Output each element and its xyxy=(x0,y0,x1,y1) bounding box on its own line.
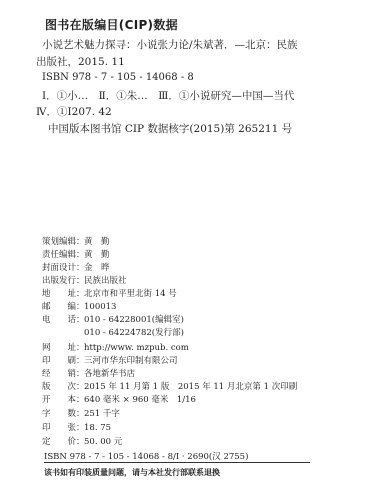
credit-value: http://www. mzpub. com xyxy=(84,342,189,355)
credit-value: 50. 00 元 xyxy=(84,436,122,449)
cip-approval-number: 中国版本图书馆 CIP 数据核字(2015)第 265211 号 xyxy=(48,122,292,136)
cip-bibliographic-line-2: 出版社，2015. 11 xyxy=(36,55,125,69)
credit-value: 金 晔 xyxy=(84,262,110,275)
cip-isbn: ISBN 978 - 7 - 105 - 14068 - 8 xyxy=(42,71,194,85)
credit-value: 黄 勤 xyxy=(84,236,110,249)
cip-classification-line-2: Ⅳ．①I207. 42 xyxy=(36,105,112,119)
credit-value: 2015 年 11 月第 1 版 2015 年 11 月北京第 1 次印刷 xyxy=(84,381,297,394)
credit-row: 版 次：2015 年 11 月第 1 版 2015 年 11 月北京第 1 次印… xyxy=(42,381,297,394)
credit-row: 字 数：251 千字 xyxy=(42,408,120,421)
credit-label: 印 刷： xyxy=(42,355,84,368)
quality-notice: 该书如有印装质量问题，请与本社发行部联系退换 xyxy=(44,467,220,478)
credit-row: 电 话：010 - 64228001(编辑室) xyxy=(42,314,184,327)
credit-label: 网 址： xyxy=(42,342,84,355)
credit-row: 地 址：北京市和平里北街 14 号 xyxy=(42,288,177,301)
credit-row: 印 刷：三河市华东印制有限公司 xyxy=(42,355,178,368)
credit-value: 民族出版社 xyxy=(84,275,127,288)
cip-title: 图书在版编目(CIP)数据 xyxy=(45,16,178,33)
credit-row: 出版发行：民族出版社 xyxy=(42,275,127,288)
credit-label: 版 次： xyxy=(42,381,84,394)
credit-value: 黄 勤 xyxy=(84,249,110,262)
credit-row: 经 销：各地新华书店 xyxy=(42,368,135,381)
credit-value: 100013 xyxy=(84,301,116,314)
credit-label: 地 址： xyxy=(42,288,84,301)
credit-label: 策划编辑： xyxy=(42,236,84,249)
credit-value: 010 - 64224782(发行部) xyxy=(84,327,184,340)
credit-label: 印 张： xyxy=(42,422,84,435)
credit-label: 定 价： xyxy=(42,436,84,449)
credit-label: 邮 编： xyxy=(42,301,84,314)
credit-label: 封面设计： xyxy=(42,262,84,275)
credit-row: 策划编辑：黄 勤 xyxy=(42,236,110,249)
cip-bibliographic-line-1: 小说艺术魅力探寻：小说张力论/朱斌著．—北京：民族 xyxy=(42,38,298,52)
credit-label: 开 本： xyxy=(42,394,84,407)
credit-value: 各地新华书店 xyxy=(84,368,135,381)
credit-label: 字 数： xyxy=(42,408,84,421)
credit-value: 北京市和平里北街 14 号 xyxy=(84,288,177,301)
credit-row: 010 - 64224782(发行部) xyxy=(42,327,184,340)
credit-value: 640 毫米 × 960 毫米 1/16 xyxy=(84,394,196,407)
credit-row: 网 址：http://www. mzpub. com xyxy=(42,342,189,355)
credit-label: 电 话： xyxy=(42,314,84,327)
credit-row: 开 本：640 毫米 × 960 毫米 1/16 xyxy=(42,394,196,407)
credit-value: 三河市华东印制有限公司 xyxy=(84,355,178,368)
credit-label: 经 销： xyxy=(42,368,84,381)
credit-value: 18. 75 xyxy=(84,422,111,435)
cip-classification-line-1: Ⅰ．①小… Ⅱ．①朱… Ⅲ．①小说研究—中国—当代 xyxy=(42,89,294,103)
credit-row: 邮 编：100013 xyxy=(42,301,116,314)
credit-value: 010 - 64228001(编辑室) xyxy=(84,314,184,327)
credit-row: 印 张：18. 75 xyxy=(42,422,111,435)
credit-value: 251 千字 xyxy=(84,408,120,421)
credit-row: 定 价：50. 00 元 xyxy=(42,436,122,449)
credit-row: 封面设计：金 晔 xyxy=(42,262,110,275)
divider xyxy=(44,462,310,463)
credit-label: 出版发行： xyxy=(42,275,84,288)
credit-row: 责任编辑：黄 勤 xyxy=(42,249,110,262)
isbn-full: ISBN 978 - 7 - 105 - 14068 - 8/I · 2690(… xyxy=(44,450,248,462)
credit-label: 责任编辑： xyxy=(42,249,84,262)
